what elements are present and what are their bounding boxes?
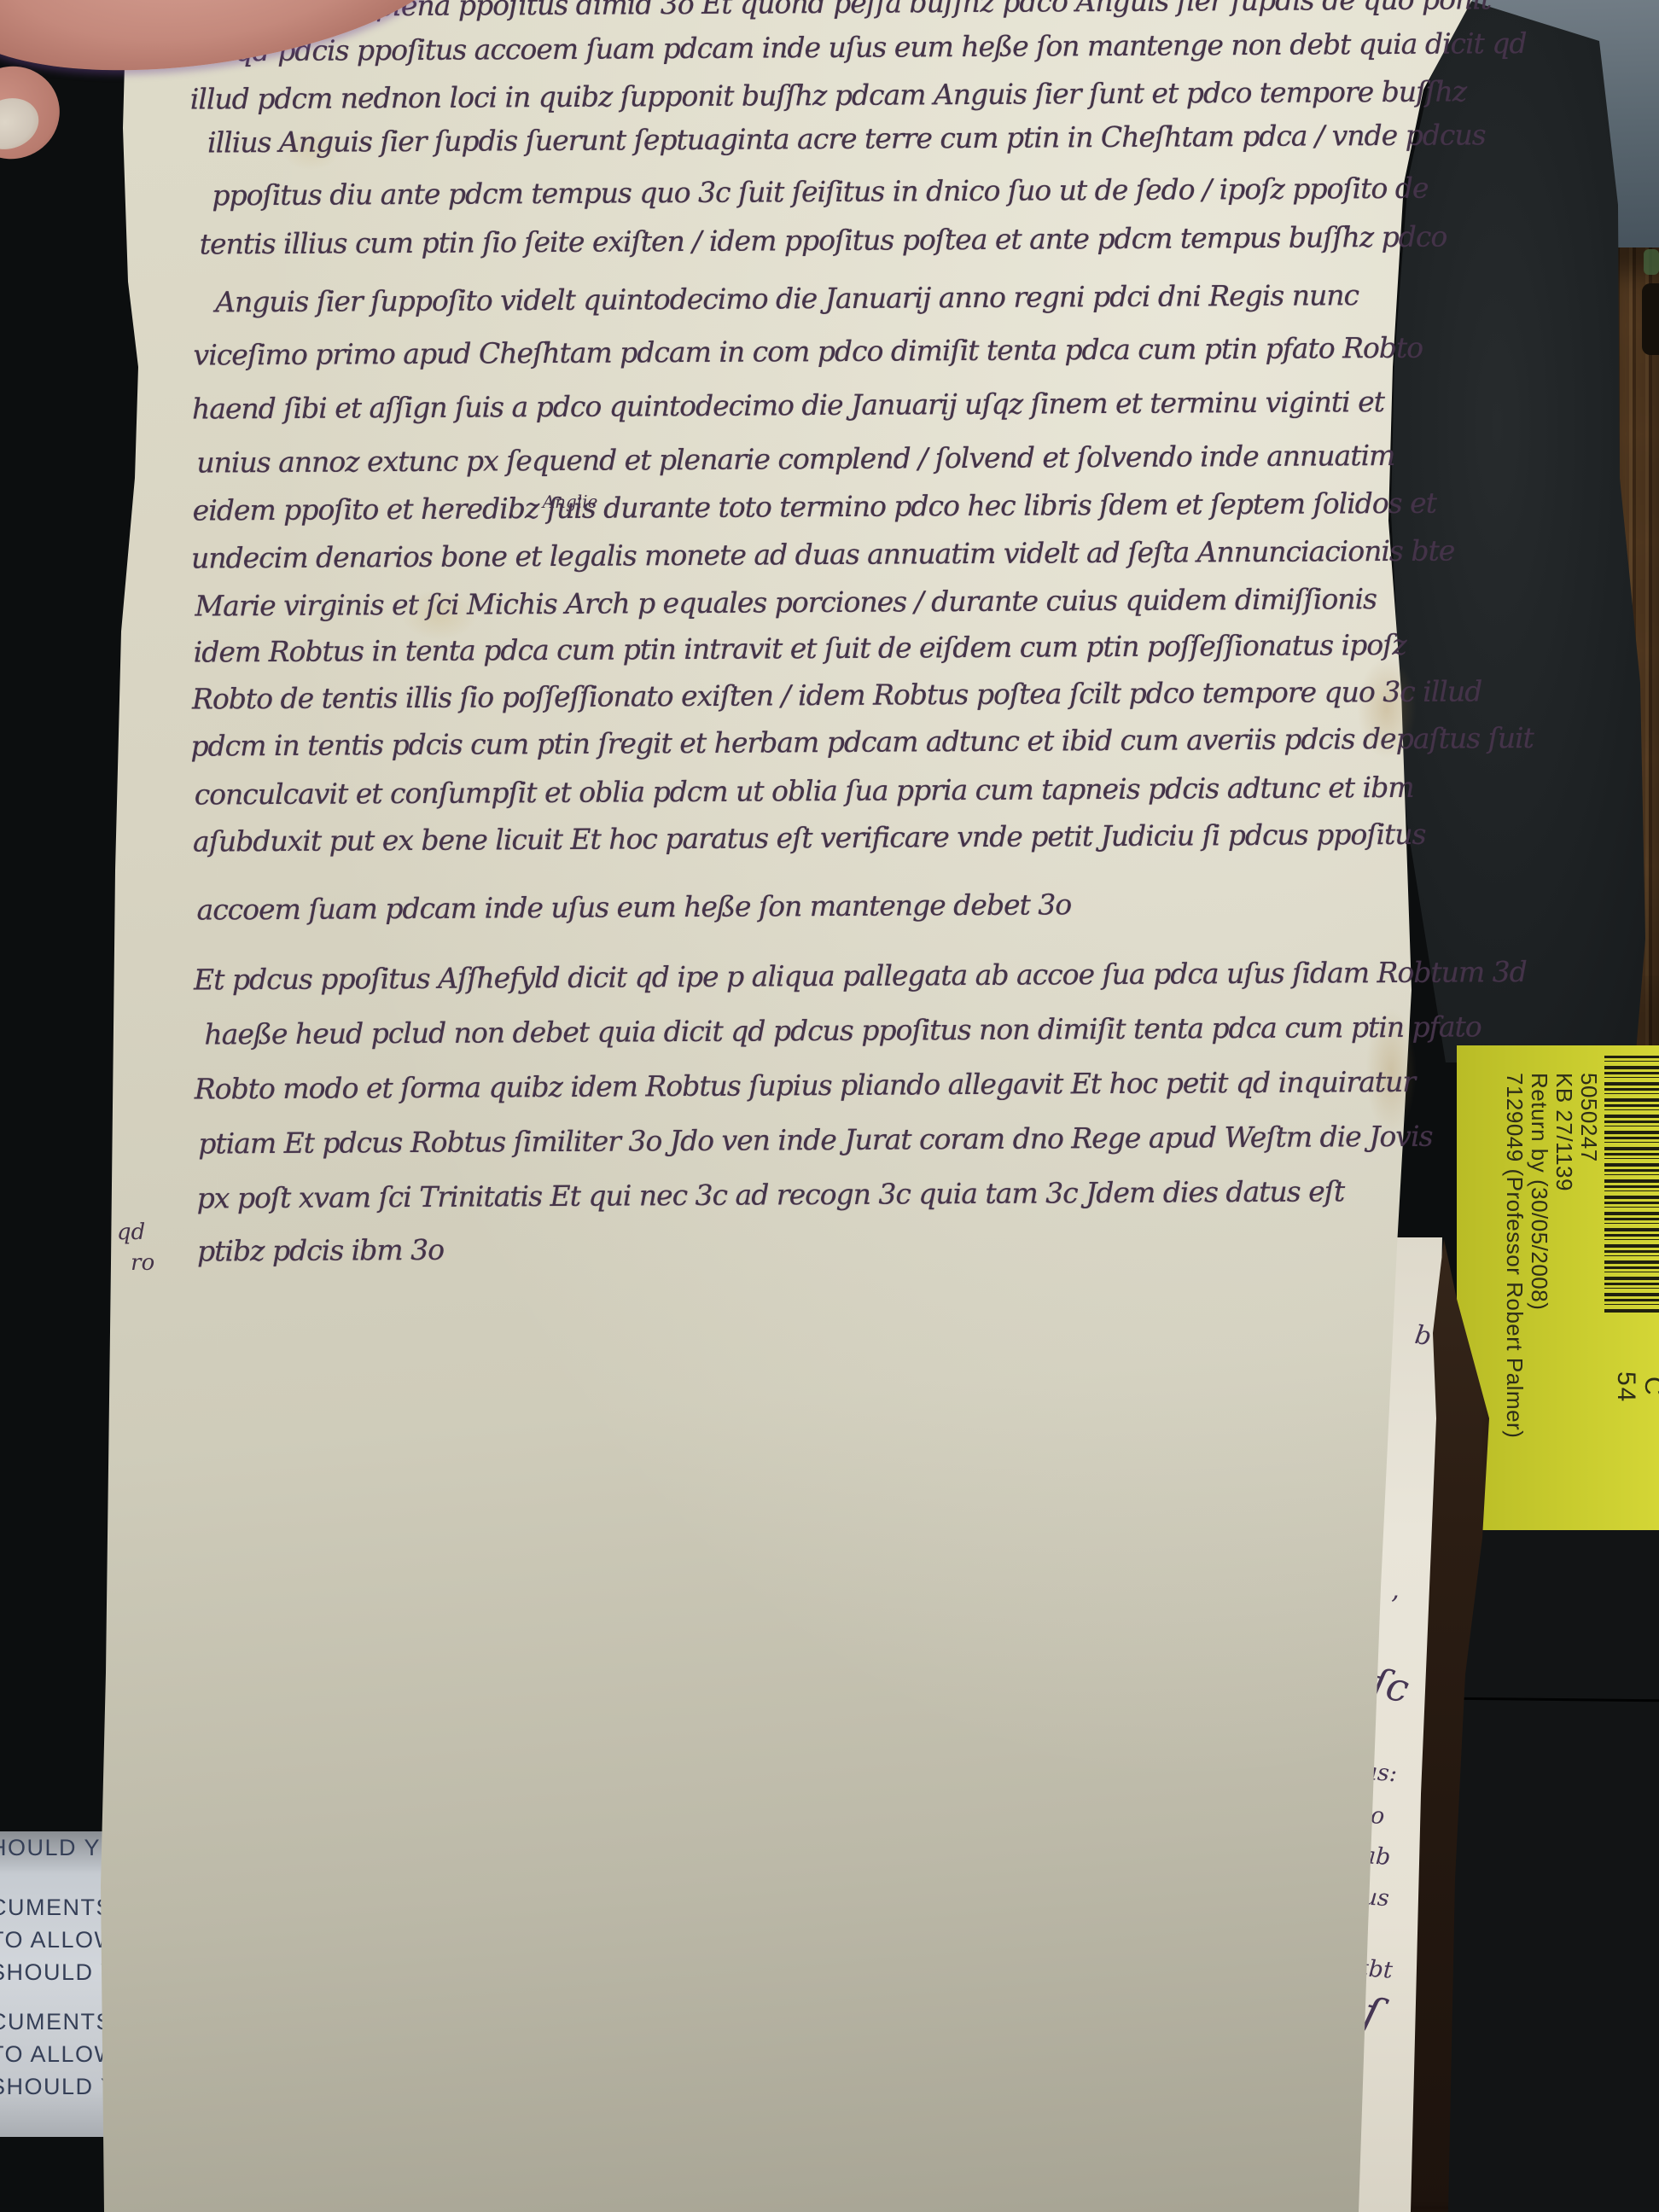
manuscript-line: tentis illius cum ptin ſio ſeite exiſten…	[200, 220, 1447, 261]
manuscript-line: Marie virginis et ſci Michis Arch p equa…	[195, 582, 1377, 622]
manuscript-line: aſubduxit put ex bene licuit Et hoc para…	[193, 818, 1426, 859]
manuscript-line: ptibz pdcis ibm 3o	[197, 1233, 444, 1268]
manuscript-line: eidem ppoſito et heredibz ſuis durante t…	[193, 486, 1436, 527]
marginal-note: qd	[117, 1220, 145, 1245]
manuscript-line: px poſt xvam ſci Trinitatis Et qui nec 3…	[197, 1174, 1345, 1214]
manuscript-line: ptiam Et pdcus Robtus ſimiliter 3o Jdo v…	[198, 1120, 1432, 1161]
manuscript-line: haend ſibi et aſſign ſuis a pdco quintod…	[192, 385, 1384, 426]
photo-stage: b‚ſcas:aoablusttbtſ C 54 5050247 KB 27/1…	[0, 0, 1659, 2212]
manuscript-line: Anguis ſier ſuppoſito videlt quintodecim…	[215, 278, 1359, 318]
manuscript-line: Et pdcus ppoſitus Aſſhefyld dicit qd ipe…	[194, 955, 1527, 997]
manuscript-line: conculcavit et conſumpſit et oblia pdcm …	[195, 771, 1414, 812]
manuscript-line: illud pdcm nednon loci in quibz ſupponit…	[190, 74, 1467, 115]
manuscript-line: haeße heud pclud non debet quia dicit qd…	[204, 1010, 1481, 1051]
manuscript-line: illius Anguis ſier ſupdis ſuerunt ſeptua…	[207, 118, 1486, 159]
manuscript-line: viceſimo primo apud Cheſhtam pdcam in co…	[193, 331, 1423, 372]
manuscript-line: ppoſitus diu ante pdcm tempus quo 3c ſui…	[212, 172, 1428, 212]
manuscript-line: pdcm in tentis pdcis cum ptin ſregit et …	[190, 721, 1534, 763]
manuscript-line: accoem ſuam pdcam inde uſus eum heße ſon…	[196, 888, 1071, 926]
manuscript-text-block: a plena ppoſitus dimid 3o Et quond peſſa…	[0, 0, 1659, 2212]
manuscript-line: idem Robtus in tenta pdca cum ptin intra…	[194, 628, 1406, 669]
manuscript-line: a plena ppoſitus dimid 3o Et quond peſſa…	[352, 0, 1491, 22]
manuscript-line: unius annoz extunc px ſequend et plenari…	[196, 439, 1394, 480]
manuscript-line: Robto de tentis illis ſio poſſeſſionato …	[192, 674, 1481, 715]
marginal-note: ro	[131, 1250, 154, 1276]
manuscript-line: Robto modo et ſorma quibz idem Robtus ſu…	[195, 1065, 1416, 1106]
manuscript-line: dio qd pdcis ppoſitus accoem ſuam pdcam …	[185, 26, 1526, 68]
manuscript-line: undecim denarios bone et legalis monete …	[191, 534, 1454, 575]
interlinear-insert: Anglie	[543, 492, 598, 512]
